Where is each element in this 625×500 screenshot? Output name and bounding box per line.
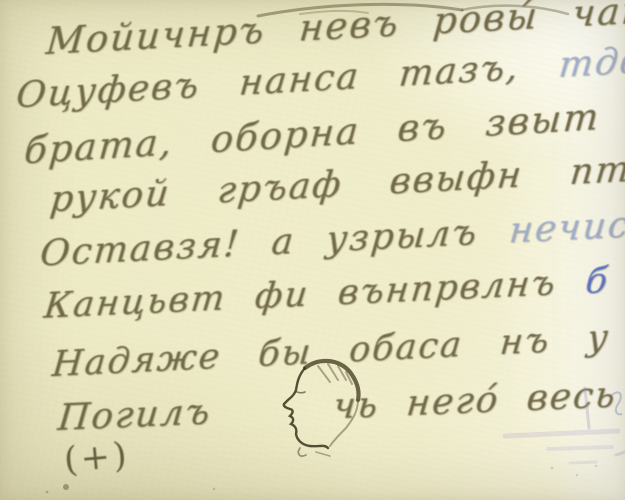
handwriting-text: Погилъ	[56, 391, 213, 439]
sketch-gap	[210, 418, 332, 423]
manuscript-photo: Мойичнръ невъ ровы́ чап Оцуфевъ нанса та…	[0, 0, 625, 500]
blue-pencil-word: нечист	[508, 203, 625, 252]
blue-pencil-word: тдве	[557, 39, 625, 86]
blue-pencil-letter: б	[584, 261, 612, 302]
plus-mark: (+)	[62, 435, 131, 481]
